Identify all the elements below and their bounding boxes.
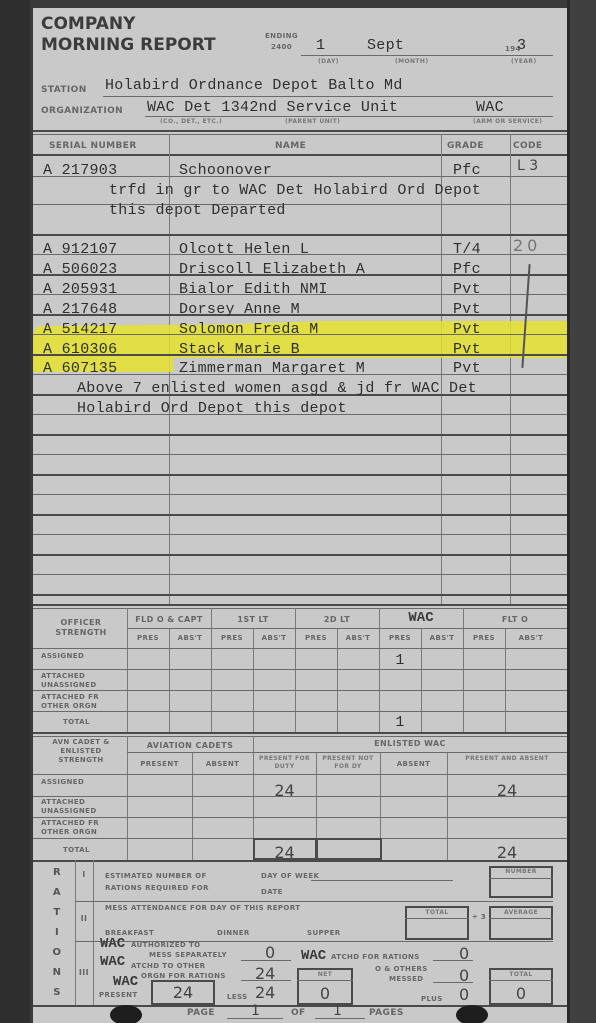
station-label: STATION: [41, 85, 87, 95]
row-attached-unassigned: ATTACHED UNASSIGNED: [41, 672, 125, 690]
present-label: PRESENT: [99, 991, 138, 999]
soldier-name: Bialor Edith NMI: [179, 281, 328, 298]
section-iii: III: [75, 968, 93, 977]
less-label: LESS: [227, 993, 248, 1001]
soldier-grade: Pfc: [453, 261, 481, 278]
wac-stamp: WAC: [301, 948, 326, 964]
subcol-pres: PRES: [379, 634, 421, 642]
average-label: AVERAGE: [489, 909, 553, 916]
serial-number: A 607135: [43, 360, 117, 377]
month-caption: (MONTH): [395, 58, 429, 65]
soldier-grade: Pvt: [453, 321, 481, 338]
report-day: 1: [316, 37, 325, 54]
report-year: 3: [517, 37, 526, 54]
soldier-grade: Pvt: [453, 360, 481, 377]
wac-pres-assigned: 1: [379, 652, 421, 669]
arm-caption: (ARM OR SERVICE): [473, 118, 542, 125]
wac-stamp: WAC: [100, 954, 125, 970]
ending-time: 2400: [271, 43, 292, 51]
soldier-code: 20: [513, 236, 541, 255]
pages-label: PAGES: [369, 1008, 404, 1018]
soldier-grade: T/4: [453, 241, 481, 258]
soldier-name: Stack Marie B: [179, 341, 300, 358]
serial-number: A 217648: [43, 301, 117, 318]
row-assigned: ASSIGNED: [41, 778, 84, 786]
atchd-for-rations-label: ATCHD FOR RATIONS: [331, 953, 420, 961]
section-i: I: [75, 870, 93, 879]
serial-number: A 912107: [43, 241, 117, 258]
dinner-label: DINNER: [217, 929, 250, 937]
grand-total-label: TOTAL: [489, 971, 553, 978]
plus-label: PLUS: [421, 995, 443, 1003]
serial-number: A 610306: [43, 341, 117, 358]
subcol-abst: ABS'T: [421, 634, 463, 642]
form-title-line1: COMPANY: [41, 14, 135, 34]
of-label: OF: [291, 1008, 306, 1018]
col-present-and-absent: PRESENT AND ABSENT: [447, 755, 567, 763]
subcol-pres: PRES: [127, 634, 169, 642]
col-serial-number: SERIAL NUMBER: [49, 141, 137, 151]
serial-number: A 514217: [43, 321, 117, 338]
scan-border-right: [567, 0, 596, 1023]
enlisted-strength-title: AVN CADET & ENLISTED STRENGTH: [37, 738, 125, 765]
assigned-present-and-absent: 24: [447, 781, 567, 800]
page-label: PAGE: [187, 1008, 215, 1018]
estimated-label-2: RATIONS REQUIRED FOR: [105, 884, 209, 892]
officer-col-2d-lt: 2D LT: [295, 615, 379, 624]
scan-border-left: [0, 0, 30, 1023]
organization-unit: WAC Det 1342nd Service Unit: [147, 99, 398, 116]
soldier-grade: Pvt: [453, 281, 481, 298]
soldier-grade: Pfc: [453, 162, 481, 179]
divide-by-three: ÷ 3: [469, 913, 489, 921]
authorized-label-2: MESS SEPARATELY: [149, 951, 227, 959]
aviation-cadets-header: AVIATION CADETS: [127, 741, 253, 750]
row-assigned: ASSIGNED: [41, 652, 84, 660]
organization-label: ORGANIZATION: [41, 106, 123, 116]
soldier-name: Driscoll Elizabeth A: [179, 261, 365, 278]
net-label: NET: [297, 971, 353, 978]
remark-line: trfd in gr to WAC Det Holabird Ord Depot: [109, 182, 481, 199]
subcol-pres: PRES: [463, 634, 505, 642]
remark-line: this depot Departed: [109, 202, 286, 219]
col-present-not-for-duty: PRESENT NOT FOR DY: [316, 755, 380, 771]
soldier-code: L 3: [517, 158, 538, 174]
assigned-present-for-duty: 24: [253, 781, 316, 800]
officer-col-1st-lt: 1ST LT: [211, 615, 295, 624]
row-attached-other: ATTACHED FR OTHER ORGN: [41, 819, 125, 837]
grand-total-value: 0: [489, 984, 553, 1003]
form-title-line2: MORNING REPORT: [41, 35, 216, 55]
subcol-pres: PRES: [211, 634, 253, 642]
supper-label: SUPPER: [307, 929, 341, 937]
date-label: DATE: [261, 888, 283, 896]
serial-number: A 217903: [43, 162, 117, 179]
page-number: 1: [251, 1003, 260, 1019]
others-label-1: O & OTHERS: [375, 965, 428, 973]
remark-line: Holabird Ord Depot this depot: [77, 400, 347, 417]
wac-stamp: WAC: [100, 936, 125, 952]
net-value: 0: [297, 984, 353, 1003]
serial-number: A 205931: [43, 281, 117, 298]
soldier-name: Zimmerman Margaret M: [179, 360, 365, 377]
enlisted-wac-header: ENLISTED WAC: [253, 739, 567, 748]
mess-total-label: TOTAL: [405, 909, 469, 916]
mess-attendance-label: MESS ATTENDANCE FOR DAY OF THIS REPORT: [105, 904, 300, 912]
soldier-grade: Pvt: [453, 341, 481, 358]
col-grade: GRADE: [447, 141, 484, 151]
parent-caption: (PARENT UNIT): [285, 118, 340, 125]
section-ii: II: [75, 914, 93, 923]
row-total: TOTAL: [63, 718, 90, 726]
row-total: TOTAL: [63, 846, 90, 854]
subcol-pres: PRES: [295, 634, 337, 642]
soldier-grade: Pvt: [453, 301, 481, 318]
wac-pres-total: 1: [379, 714, 421, 731]
rations-side-label: RATIONS: [47, 863, 67, 1003]
col-present-for-duty: PRESENT FOR DUTY: [253, 755, 316, 771]
morning-report-form: COMPANY MORNING REPORT ENDING 2400 1 Sep…: [33, 8, 567, 1023]
day-of-week-label: DAY OF WEEK: [261, 872, 319, 880]
wac-stamp: WAC: [113, 974, 138, 990]
row-attached-other: ATTACHED FR OTHER ORGN: [41, 693, 125, 711]
total-not-for-duty-box: [316, 838, 382, 860]
subcol-abst: ABS'T: [169, 634, 211, 642]
authorized-label-1: AUTHORIZED TO: [131, 941, 201, 949]
station-value: Holabird Ordnance Depot Balto Md: [105, 77, 403, 94]
serial-number: A 506023: [43, 261, 117, 278]
subcol-abst: ABS'T: [253, 634, 295, 642]
soldier-name: Olcott Helen L: [179, 241, 309, 258]
soldier-name: Schoonover: [179, 162, 272, 179]
officer-strength-title: OFFICER STRENGTH: [39, 618, 123, 638]
col-enlisted-absent: ABSENT: [380, 760, 447, 768]
binder-hole-left: [110, 1005, 142, 1023]
report-month: Sept: [367, 37, 404, 54]
atchd-other-label-2: ORGN FOR RATIONS: [141, 972, 226, 980]
organization-arm: WAC: [476, 99, 504, 116]
row-attached-unassigned: ATTACHED UNASSIGNED: [41, 798, 125, 816]
day-caption: (DAY): [318, 58, 339, 65]
estimated-label-1: ESTIMATED NUMBER OF: [105, 872, 207, 880]
col-cadet-present: PRESENT: [127, 760, 192, 768]
subcol-abst: ABS'T: [337, 634, 379, 642]
officer-col-fld-capt: FLD O & CAPT: [127, 615, 211, 624]
number-label: NUMBER: [489, 868, 553, 875]
subcol-abst: ABS'T: [505, 634, 557, 642]
col-code: CODE: [513, 141, 542, 151]
soldier-name: Dorsey Anne M: [179, 301, 300, 318]
plus-value: 0: [459, 985, 469, 1004]
less-value: 24: [255, 983, 275, 1002]
officer-col-flt-o: FLT O: [463, 615, 567, 624]
total-pages: 1: [333, 1003, 342, 1019]
year-caption: (YEAR): [511, 58, 537, 65]
binder-hole-right: [456, 1005, 488, 1023]
soldier-name: Solomon Freda M: [179, 321, 319, 338]
unit-caption: (CO., DET., ETC.): [160, 118, 222, 125]
atchd-other-label-1: ATCHD TO OTHER: [131, 962, 205, 970]
remark-line: Above 7 enlisted women asgd & jd fr WAC …: [77, 380, 477, 397]
officer-col-wac: WAC: [379, 610, 463, 626]
present-value: 24: [151, 983, 215, 1002]
col-name: NAME: [275, 141, 306, 151]
others-label-2: MESSED: [389, 975, 424, 983]
col-cadet-absent: ABSENT: [192, 760, 253, 768]
ending-label: ENDING: [265, 32, 298, 40]
